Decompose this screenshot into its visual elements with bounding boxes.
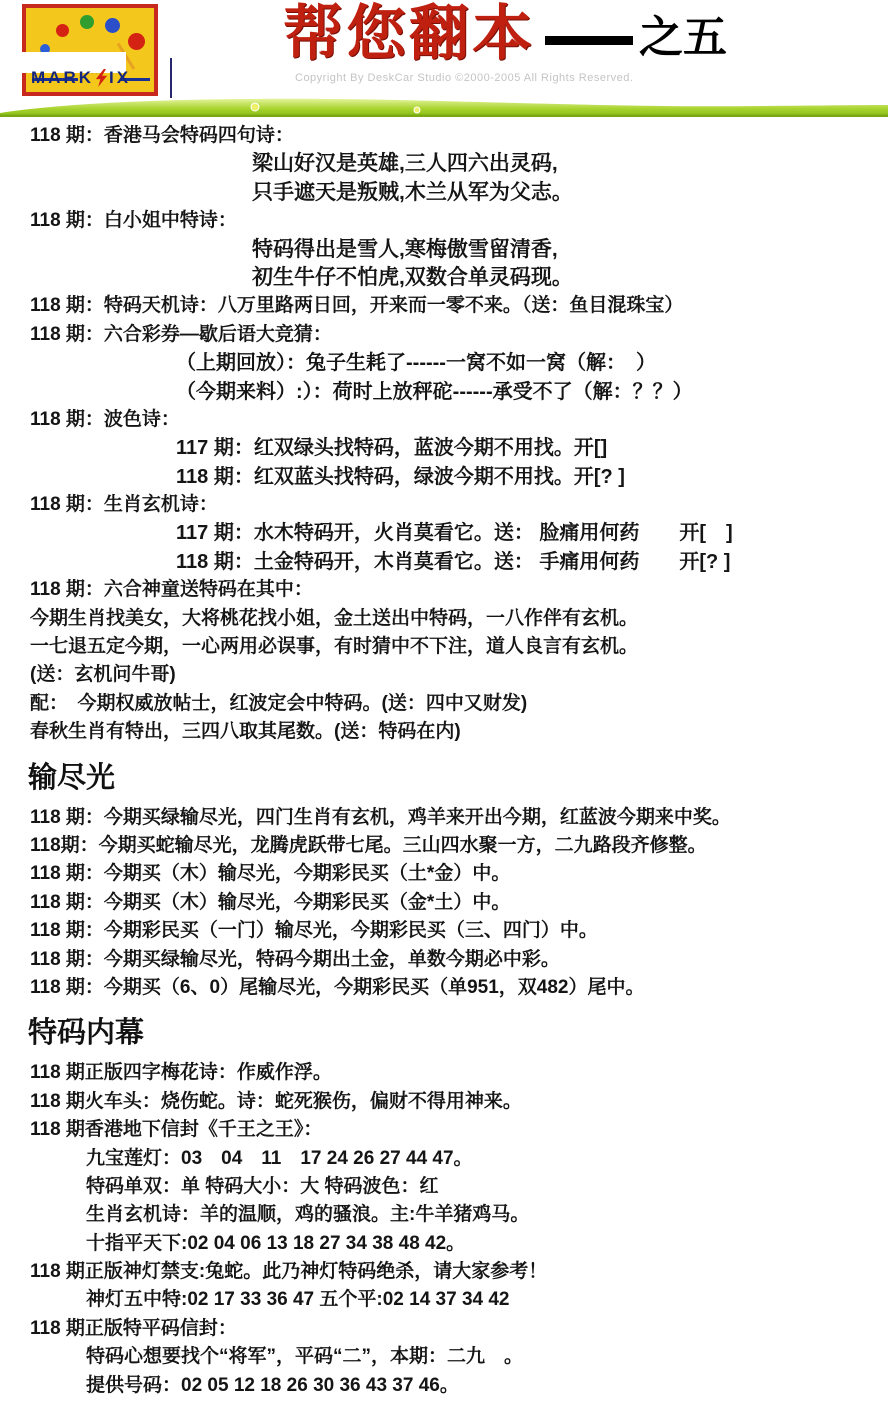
title-suffix: 之五 xyxy=(639,14,727,62)
text-line: 梁山好汉是英雄,三人四六出灵码, xyxy=(252,150,888,178)
text-line: 118 期香港地下信封《千王之王》： xyxy=(30,1116,888,1144)
text-line: 提供号码：02 05 12 18 26 30 36 43 37 46。 xyxy=(86,1372,888,1400)
text-line: 118 期：土金特码开，木肖莫看它。送： 手痛用何药 开[? ] xyxy=(176,548,888,576)
mark-six-logo: 六合彩 MARK IX xyxy=(22,4,158,96)
text-line: 118 期：今期彩民买（一门）输尽光，今期彩民买（三、四门）中。 xyxy=(30,917,888,945)
text-line: 十指平天下:02 04 06 13 18 27 34 38 48 42。 xyxy=(86,1230,888,1258)
text-line: （上期回放）：兔子生耗了------一窝不如一窝（解： ） xyxy=(176,349,888,377)
text-line: 118 期正版特平码信封： xyxy=(30,1315,888,1343)
text-line: 一七退五定今期，一心两用必误事，有时猜中不下注，道人良言有玄机。 xyxy=(30,633,888,661)
page-header: 六合彩 MARK IX 帮您翻本 之五 Copyright By DeskCar… xyxy=(0,0,888,97)
text-line: 118 期正版四字梅花诗：作威作浮。 xyxy=(30,1059,888,1087)
logo-dot-red-large xyxy=(128,33,145,50)
text-line: 117 期：水木特码开，火肖莫看它。送： 脸痛用何药 开[ ] xyxy=(176,519,888,547)
hill-dot-1 xyxy=(251,103,259,111)
text-line: 特码得出是雪人,寒梅傲雪留清香, xyxy=(252,236,888,264)
text-line: 118 期：今期买绿输尽光，特码今期出土金，单数今期必中彩。 xyxy=(30,946,888,974)
text-line: 配： 今期权威放帖士，红波定会中特码。(送：四中又财发) xyxy=(30,690,888,718)
text-line: 118 期：今期买（木）输尽光，今期彩民买（土*金）中。 xyxy=(30,860,888,888)
text-line: 118 期：香港马会特码四句诗： xyxy=(30,122,888,150)
text-line: 春秋生肖有特出，三四八取其尾数。(送：特码在内) xyxy=(30,718,888,746)
text-line: 神灯五中特:02 17 33 36 47 五个平:02 14 37 34 42 xyxy=(86,1286,888,1314)
text-line: （今期来料）:）：荷时上放秤砣------承受不了（解：？？） xyxy=(176,378,888,406)
text-line: 特码心想要找个“将军”，平码“二”，本期：二九 。 xyxy=(86,1343,888,1371)
content: 118 期：香港马会特码四句诗：梁山好汉是英雄,三人四六出灵码,只手遮天是叛贼,… xyxy=(0,117,888,1400)
text-line: 生肖玄机诗：羊的温顺，鸡的骚浪。主:牛羊猪鸡马。 xyxy=(86,1201,888,1229)
logo-dot-green xyxy=(80,15,94,29)
logo-dot-red xyxy=(56,24,69,37)
hill-graphic xyxy=(0,95,888,117)
text-line: 今期生肖找美女，大将桃花找小姐，金土送出中特码，一八作伴有玄机。 xyxy=(30,605,888,633)
text-line: 118 期：波色诗： xyxy=(30,406,888,434)
text-line: 118 期：红双蓝头找特码，绿波今期不用找。开[? ] xyxy=(176,463,888,491)
text-line: 只手遮天是叛贼,木兰从军为父志。 xyxy=(252,179,888,207)
text-line: 118 期：六合彩券—歇后语大竞猜： xyxy=(30,321,888,349)
text-line: 118 期：生肖玄机诗： xyxy=(30,491,888,519)
text-line: 九宝莲灯：03 04 11 17 24 26 27 44 47。 xyxy=(86,1145,888,1173)
text-line: 118期：今期买蛇输尽光，龙腾虎跃带七尾。三山四水聚一方，二九路段齐修整。 xyxy=(30,832,888,860)
logo-right-divider xyxy=(170,58,172,98)
hill-dot-2 xyxy=(414,107,420,113)
brand-mark: MARK xyxy=(31,68,94,88)
text-line: 118 期：特码天机诗：八万里路两日回，开来而一零不来。（送：鱼目混珠宝） xyxy=(30,292,888,320)
page-title: 帮您翻本 xyxy=(283,2,535,66)
section-heading: 特码内幕 xyxy=(28,1016,888,1050)
logo-dot-blue xyxy=(105,18,120,33)
section-heading: 输尽光 xyxy=(28,761,888,795)
watermark-copyright: Copyright By DeskCar Studio ©2000-2005 A… xyxy=(295,72,633,84)
title-block: 帮您翻本 之五 Copyright By DeskCar Studio ©200… xyxy=(283,2,843,66)
text-line: 初生牛仔不怕虎,双数合单灵码现。 xyxy=(252,264,888,292)
lightning-bolt-icon xyxy=(95,69,108,87)
text-line: 118 期火车头：烧伤蛇。诗：蛇死猴伤，偏财不得用神来。 xyxy=(30,1088,888,1116)
text-line: 118 期正版神灯禁支:兔蛇。此乃神灯特码绝杀，请大家参考！ xyxy=(30,1258,888,1286)
text-line: 118 期：今期买（木）输尽光，今期彩民买（金*土）中。 xyxy=(30,889,888,917)
text-line: 117 期：红双绿头找特码，蓝波今期不用找。开[] xyxy=(176,434,888,462)
title-dash xyxy=(545,36,633,45)
green-hill-band xyxy=(0,95,888,117)
text-line: 118 期：今期买绿输尽光，四门生肖有玄机，鸡羊来开出今期，红蓝波今期来中奖。 xyxy=(30,804,888,832)
text-line: 118 期：今期买（6、0）尾输尽光，今期彩民买（单951，双482）尾中。 xyxy=(30,974,888,1002)
text-line: 118 期：六合神童送特码在其中： xyxy=(30,576,888,604)
text-line: (送：玄机问牛哥) xyxy=(30,661,888,689)
logo-brand-text: MARK IX xyxy=(31,68,131,88)
text-line: 特码单双：单 特码大小：大 特码波色：红 xyxy=(86,1173,888,1201)
text-line: 118 期：白小姐中特诗： xyxy=(30,207,888,235)
brand-ix: IX xyxy=(109,68,131,88)
